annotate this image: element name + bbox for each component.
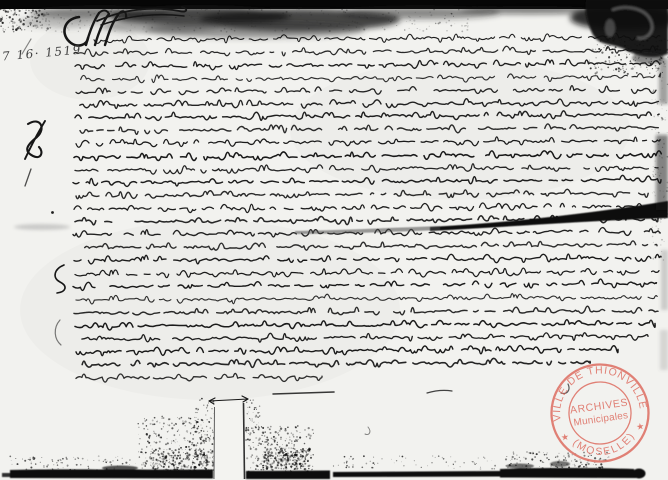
- handwritten-line: [74, 46, 658, 57]
- archives-stamp: VILLE DE THIONVILLE (MOSELLE) ARCHIVES M…: [544, 357, 656, 469]
- archive-photo-of-manuscript: 7 16· 1519 VILLE DE THIONVILLE (MOSELLE)…: [0, 0, 668, 480]
- pen-marks-below-text: [273, 384, 569, 435]
- handwritten-line: [74, 203, 668, 213]
- seal-tag-slit: [209, 396, 248, 480]
- handwritten-line: [76, 189, 664, 198]
- photo-tone: [20, 20, 630, 400]
- stamp-star-right-icon: ★: [636, 421, 645, 432]
- stamp-star-left-icon: ★: [560, 432, 569, 443]
- top-right-stain: [585, 0, 668, 64]
- handwritten-line: [75, 59, 665, 69]
